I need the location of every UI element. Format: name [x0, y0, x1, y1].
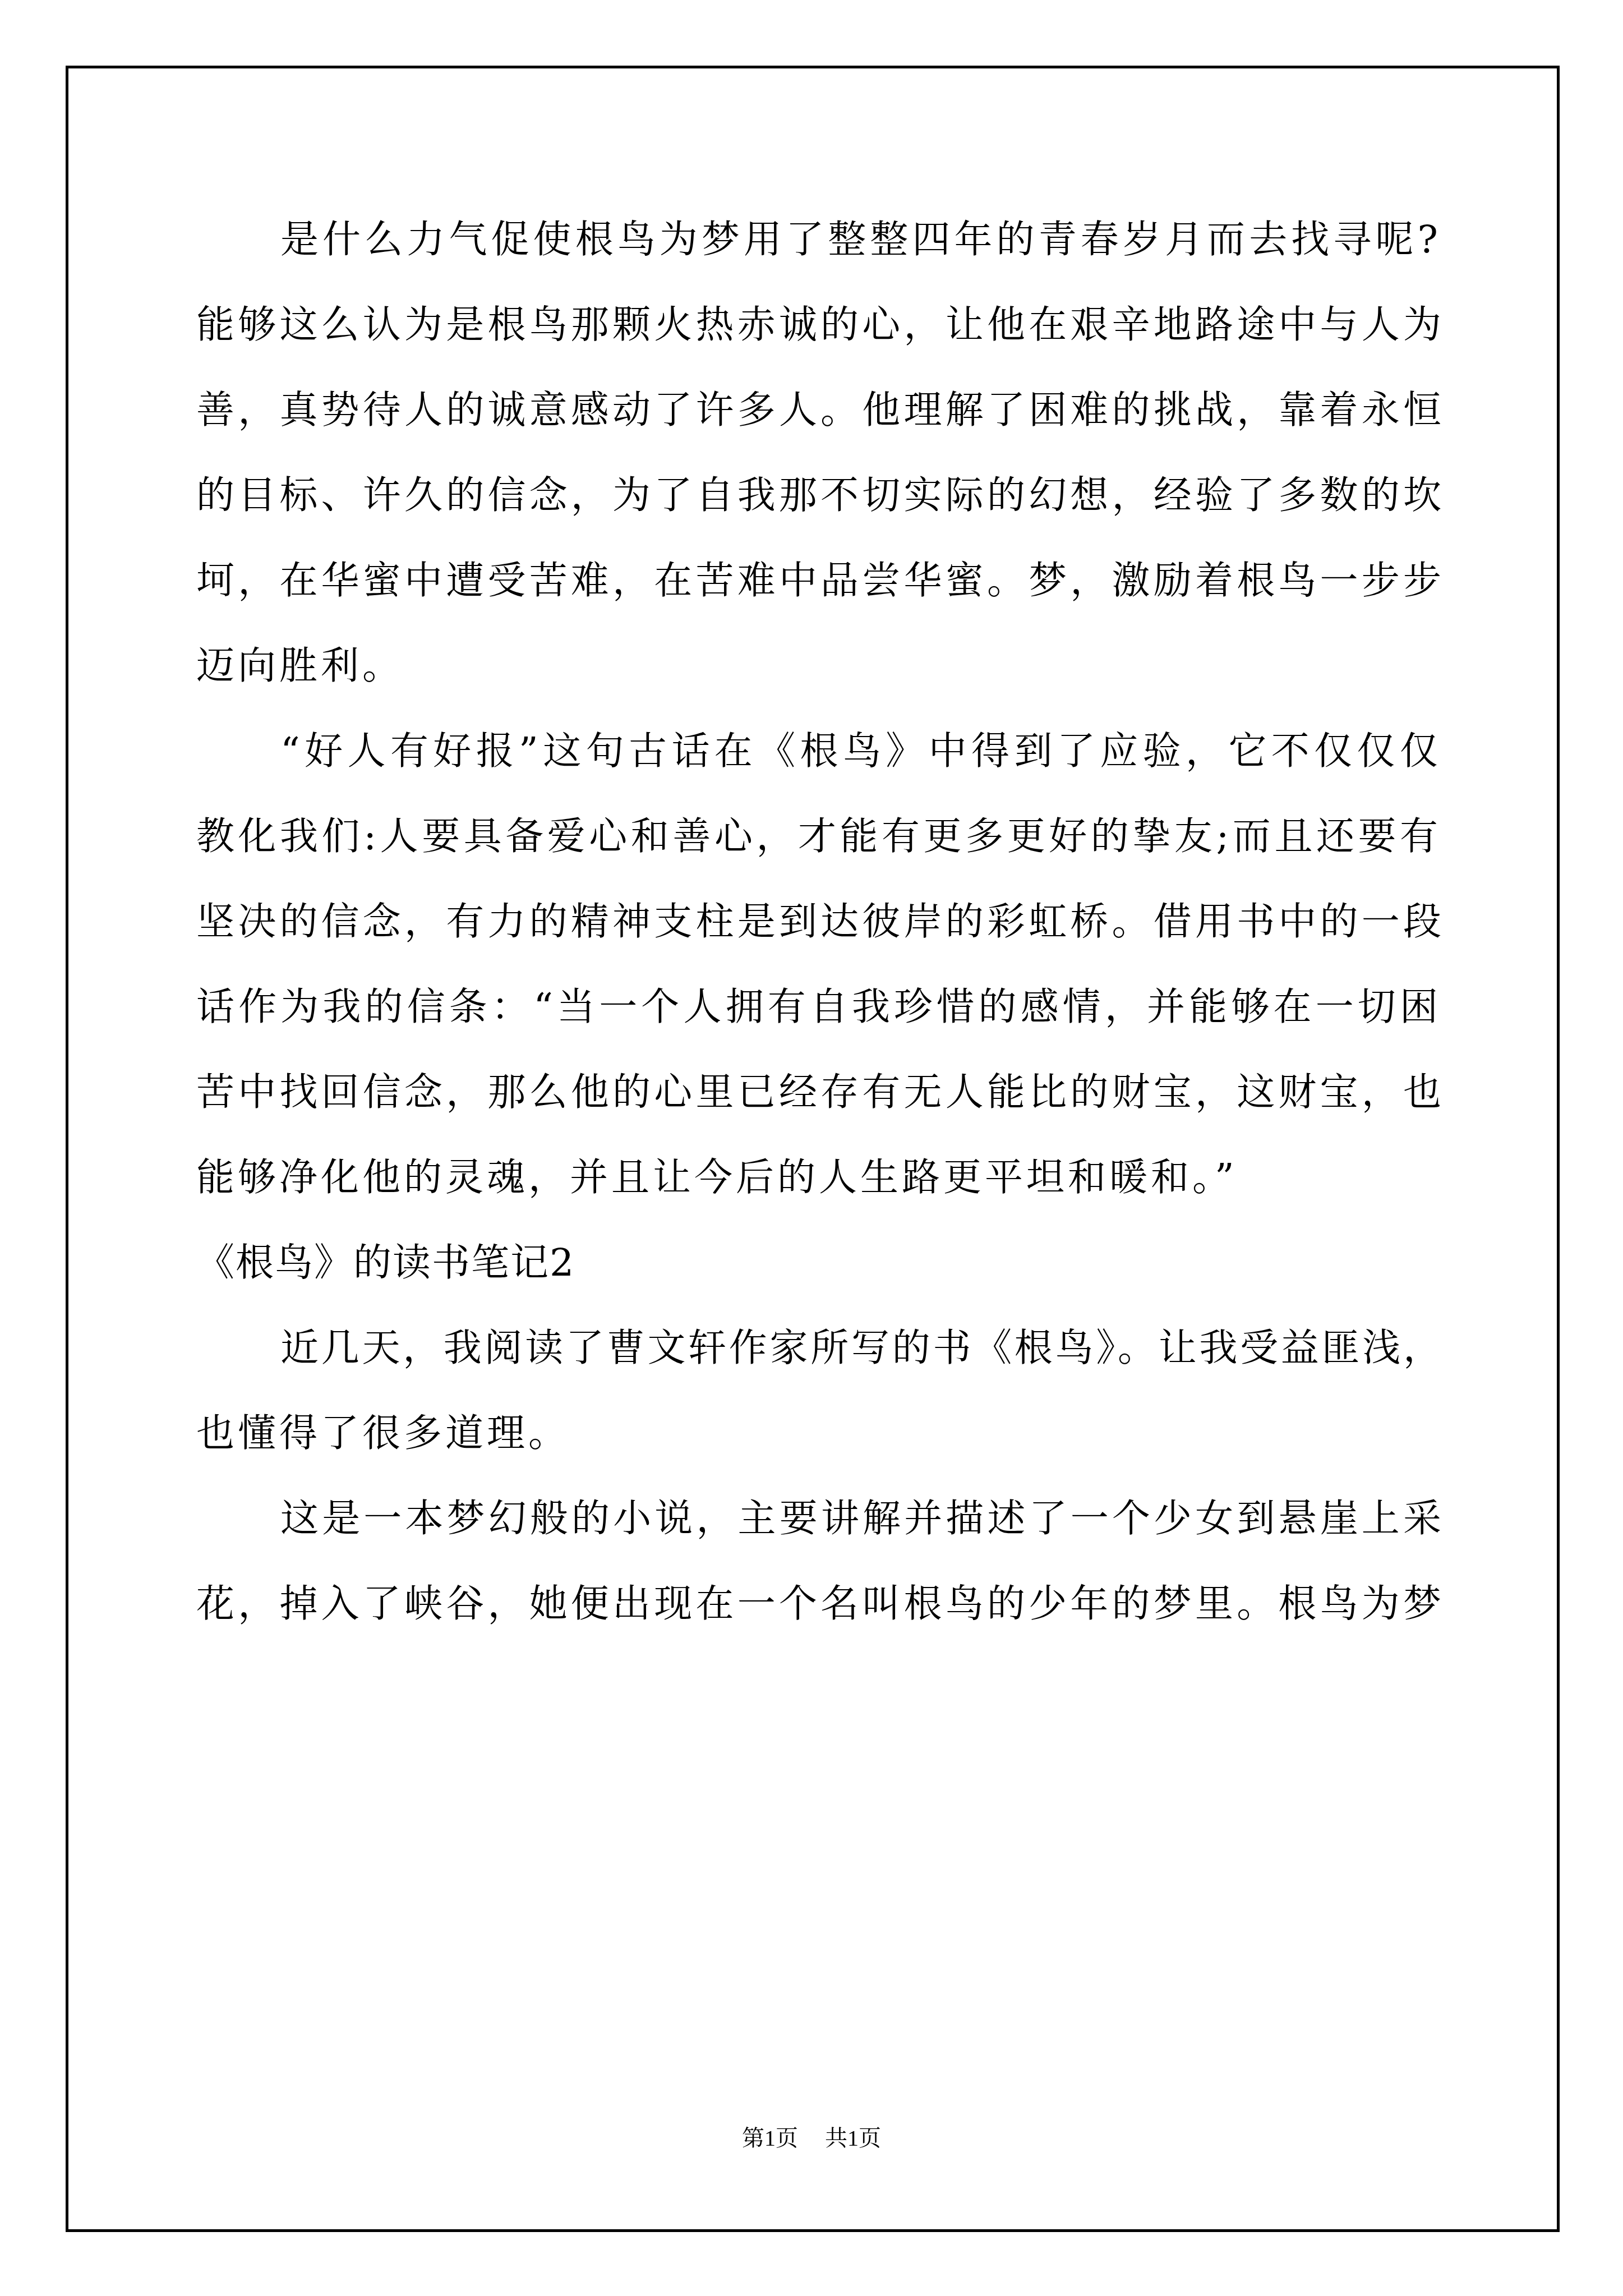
paragraph-2-line-2: 教化我们:人要具备爱心和善心，才能有更多更好的挚友;而且还要有	[196, 794, 1441, 880]
paragraph-4-line-2: 花，掉入了峡谷，她便出现在一个名叫根鸟的少年的梦里。根鸟为梦	[196, 1562, 1441, 1647]
page-footer: 第1页共1页	[0, 2122, 1623, 2155]
paragraph-2-line-6: 能够净化他的灵魂，并且让今后的人生路更平坦和暖和。”	[196, 1135, 1441, 1221]
section-heading: 《根鸟》的读书笔记2	[196, 1221, 1441, 1306]
paragraph-1-line-1: 是什么力气促使根鸟为梦用了整整四年的青春岁月而去找寻呢?	[196, 197, 1441, 283]
paragraph-1-line-3: 善，真势待人的诚意感动了许多人。他理解了困难的挑战，靠着永恒	[196, 368, 1441, 453]
paragraph-2-line-4: 话作为我的信条：“当一个人拥有自我珍惜的感情，并能够在一切困	[196, 965, 1441, 1050]
paragraph-4-line-1: 这是一本梦幻般的小说，主要讲解并描述了一个少女到悬崖上采	[196, 1476, 1441, 1562]
paragraph-3-line-2: 也懂得了很多道理。	[196, 1391, 1441, 1476]
paragraph-1-line-4: 的目标、许久的信念，为了自我那不切实际的幻想，经验了多数的坎	[196, 453, 1441, 539]
total-pages-indicator: 共1页	[825, 2125, 881, 2151]
document-body: 是什么力气促使根鸟为梦用了整整四年的青春岁月而去找寻呢? 能够这么认为是根鸟那颗…	[196, 197, 1441, 1647]
paragraph-2-line-5: 苦中找回信念，那么他的心里已经存有无人能比的财宝，这财宝，也	[196, 1050, 1441, 1135]
paragraph-1-line-6: 迈向胜利。	[196, 624, 1441, 709]
paragraph-1-line-5: 坷，在华蜜中遭受苦难，在苦难中品尝华蜜。梦，激励着根鸟一步步	[196, 539, 1441, 624]
paragraph-2-line-1: “好人有好报”这句古话在《根鸟》中得到了应验，它不仅仅仅	[196, 709, 1441, 794]
paragraph-1-line-2: 能够这么认为是根鸟那颗火热赤诚的心，让他在艰辛地路途中与人为	[196, 283, 1441, 368]
current-page-indicator: 第1页	[742, 2125, 798, 2151]
paragraph-3-line-1: 近几天，我阅读了曹文轩作家所写的书《根鸟》。让我受益匪浅，	[196, 1306, 1441, 1391]
paragraph-2-line-3: 坚决的信念，有力的精神支柱是到达彼岸的彩虹桥。借用书中的一段	[196, 880, 1441, 965]
